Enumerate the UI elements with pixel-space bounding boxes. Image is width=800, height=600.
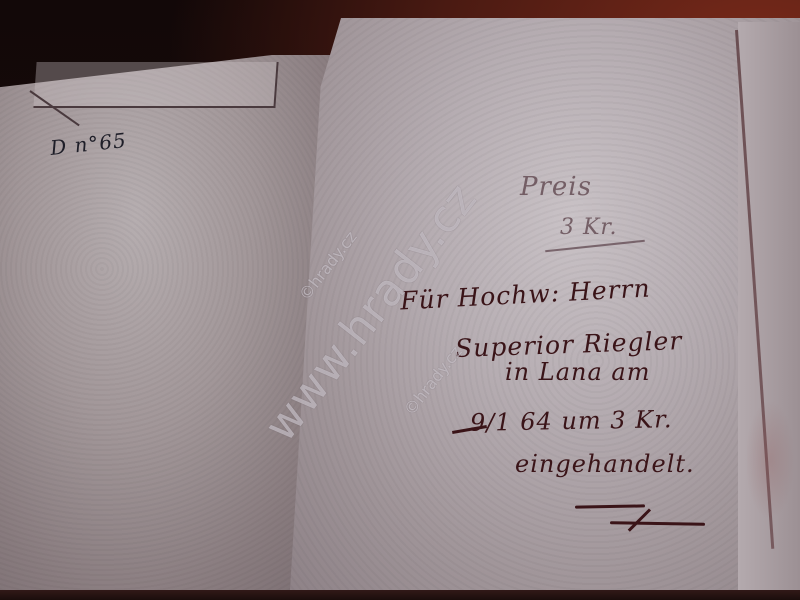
inscription-line-3: in Lana am — [505, 358, 650, 386]
inscription-line-5: eingehandelt. — [515, 450, 695, 478]
inscription-line-4: 9/1 64 um 3 Kr. — [470, 405, 673, 437]
pasted-flap — [33, 62, 278, 108]
price-note-label: Preis — [520, 172, 592, 202]
price-note-value: 3 Kr. — [560, 215, 618, 240]
paper-stain — [745, 400, 795, 520]
